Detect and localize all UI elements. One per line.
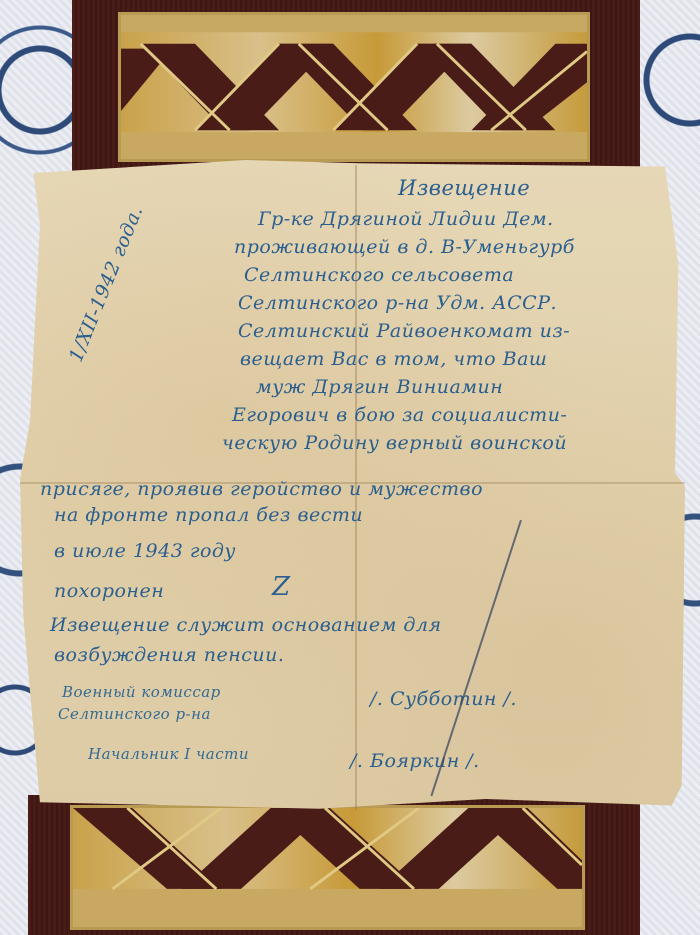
commissar-signature: /. Субботин /.	[370, 688, 517, 710]
body-line-5: Селтинский Райвоенкомат из-	[238, 320, 570, 342]
straw-inlay-bottom	[70, 805, 585, 930]
commissar-title-line-1: Военный комиссар	[62, 683, 221, 701]
body-line-3: Селтинского сельсовета	[244, 264, 514, 286]
body-line-11: на фронте пропал без вести	[54, 504, 363, 526]
body-line-13: похоронен	[54, 580, 164, 602]
straw-inlay-top	[118, 12, 590, 162]
body-line-4: Селтинского р-на Удм. АССР.	[238, 292, 557, 314]
body-line-2: проживающей в д. В-Уменьгурб	[234, 236, 575, 258]
body-line-8: Егорович в бою за социалисти-	[232, 404, 567, 426]
body-line-6: вещает Вас в том, что Ваш	[240, 348, 547, 370]
chief-signature: /. Бояркин /.	[350, 750, 480, 772]
body-line-14: Извещение служит основанием для	[50, 614, 442, 636]
buried-mark: Z	[272, 572, 291, 602]
document-title: Извещение	[398, 176, 530, 200]
body-line-12: в июле 1943 году	[54, 540, 236, 562]
chief-title: Начальник I части	[88, 745, 249, 763]
body-line-10: присяге, проявив геройство и мужество	[40, 478, 483, 500]
commissar-title-line-2: Селтинского р-на	[58, 705, 211, 723]
body-line-1: Гр-ке Дрягиной Лидии Дем.	[258, 208, 554, 230]
body-line-7: муж Дрягин Виниамин	[256, 376, 503, 398]
body-line-15: возбуждения пенсии.	[54, 644, 284, 666]
body-line-9: ческую Родину верный воинской	[222, 432, 567, 454]
